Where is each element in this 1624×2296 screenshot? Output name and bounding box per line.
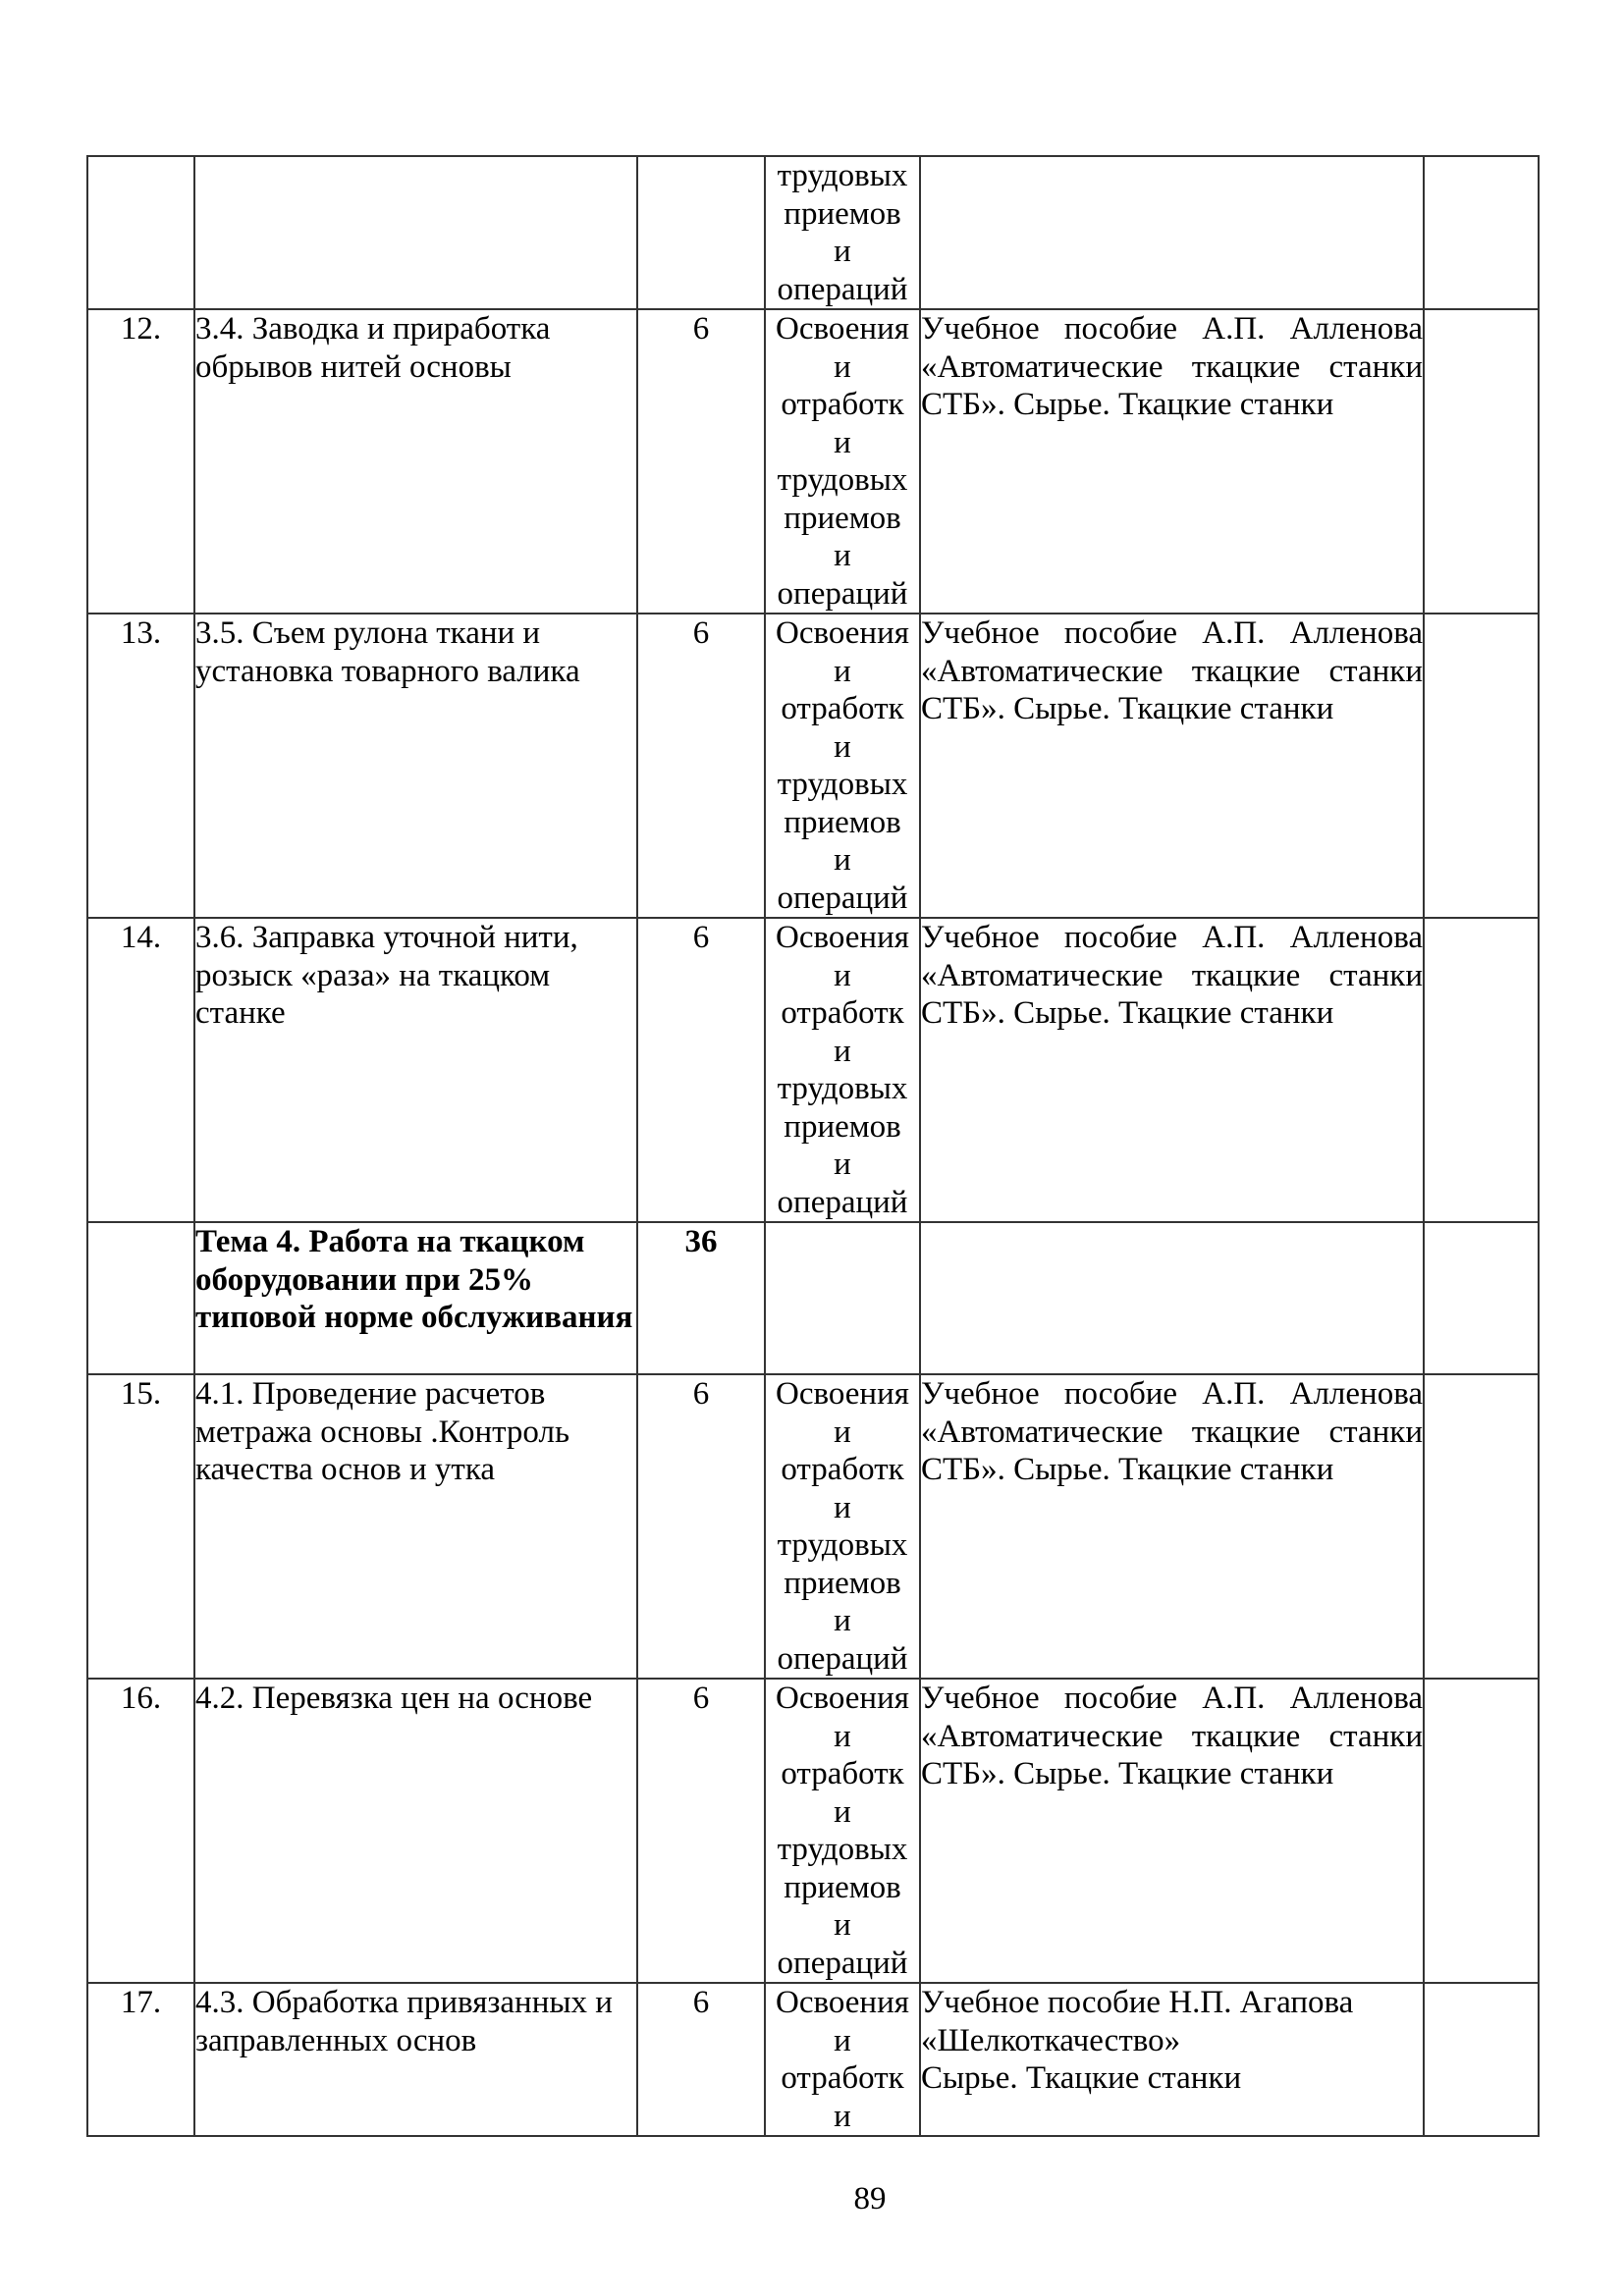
literature-reference: Учебное пособие А.П. Алленова«Автоматиче… <box>920 918 1424 1222</box>
lesson-type-line: отработк <box>766 690 919 728</box>
lesson-type-line: операций <box>766 575 919 614</box>
lesson-type-line: операций <box>766 271 919 309</box>
lesson-type-line: Освоения <box>766 1680 919 1718</box>
lesson-type-line: и <box>766 653 919 691</box>
lesson-type-line: трудовых <box>766 766 919 804</box>
lesson-topic: Тема 4. Работа на ткацком оборудовании п… <box>194 1222 637 1374</box>
lesson-type: Освоенияиотработкитрудовыхприемовиоперац… <box>765 1374 920 1679</box>
lesson-topic: 4.3. Обработка привязанных и заправленны… <box>194 1983 637 2136</box>
lesson-topic: 4.1. Проведение расчетов метража основы … <box>194 1374 637 1679</box>
lesson-topic <box>194 156 637 309</box>
lesson-type-line: Освоения <box>766 614 919 653</box>
literature-line: СТБ». Сырье. Ткацкие станки <box>921 386 1423 424</box>
lesson-type-line: приемов <box>766 804 919 842</box>
literature-line: Учебное пособие А.П. Алленова <box>921 310 1423 348</box>
lesson-type-line: и <box>766 537 919 575</box>
lesson-type: Освоенияиотработкитрудовыхприемовиоперац… <box>765 1679 920 1983</box>
literature-reference: Учебное пособие А.П. Алленова«Автоматиче… <box>920 1374 1424 1679</box>
lesson-type: Освоенияиотработкитрудовыхприемовиоперац… <box>765 614 920 918</box>
lesson-type-line: приемов <box>766 195 919 234</box>
lesson-type-line: приемов <box>766 1108 919 1147</box>
literature-line: Учебное пособие А.П. Алленова <box>921 1375 1423 1414</box>
lesson-type-line: и <box>766 1033 919 1071</box>
literature-line: Учебное пособие Н.П. Агапова <box>921 1984 1423 2022</box>
lesson-type <box>765 1222 920 1374</box>
literature-line: «Автоматические ткацкие станки <box>921 1414 1423 1452</box>
lesson-type-line: и <box>766 2098 919 2136</box>
notes-cell <box>1424 309 1539 614</box>
literature-line: СТБ». Сырье. Ткацкие станки <box>921 1755 1423 1793</box>
literature-line: Учебное пособие А.П. Алленова <box>921 1680 1423 1718</box>
table-row: 12.3.4. Заводка и приработка обрывов нит… <box>87 309 1539 614</box>
lesson-topic: 3.4. Заводка и приработка обрывов нитей … <box>194 309 637 614</box>
hours-count: 36 <box>637 1222 765 1374</box>
lesson-type-line: трудовых <box>766 461 919 500</box>
lesson-topic: 3.5. Съем рулона ткани и установка товар… <box>194 614 637 918</box>
literature-reference: Учебное пособие А.П. Алленова«Автоматиче… <box>920 1679 1424 1983</box>
lesson-type-line: и <box>766 424 919 462</box>
lesson-type-line: отработк <box>766 386 919 424</box>
literature-reference <box>920 1222 1424 1374</box>
hours-count: 6 <box>637 1983 765 2136</box>
literature-line: СТБ». Сырье. Ткацкие станки <box>921 994 1423 1033</box>
row-number: 17. <box>87 1983 194 2136</box>
table-row: 15.4.1. Проведение расчетов метража осно… <box>87 1374 1539 1679</box>
row-number <box>87 156 194 309</box>
literature-line: СТБ». Сырье. Ткацкие станки <box>921 690 1423 728</box>
table-row: 13.3.5. Съем рулона ткани и установка то… <box>87 614 1539 918</box>
lesson-type-line: Освоения <box>766 310 919 348</box>
row-number: 13. <box>87 614 194 918</box>
lesson-type-line: трудовых <box>766 1070 919 1108</box>
hours-count: 6 <box>637 309 765 614</box>
lesson-type-line: операций <box>766 880 919 918</box>
lesson-type-line: трудовых <box>766 157 919 195</box>
lesson-topic: 3.6. Заправка уточной нити, розыск «раза… <box>194 918 637 1222</box>
lesson-type-line: отработк <box>766 994 919 1033</box>
row-number <box>87 1222 194 1374</box>
lesson-type-line: и <box>766 233 919 271</box>
table-row: 17.4.3. Обработка привязанных и заправле… <box>87 1983 1539 2136</box>
lesson-type-line: и <box>766 728 919 767</box>
lesson-type-line: и <box>766 2022 919 2060</box>
topic-header-row: Тема 4. Работа на ткацком оборудовании п… <box>87 1222 1539 1374</box>
notes-cell <box>1424 1983 1539 2136</box>
lesson-type-line: и <box>766 1718 919 1756</box>
lesson-type-line: трудовых <box>766 1526 919 1565</box>
lesson-type-line: и <box>766 348 919 387</box>
literature-line: Сырье. Ткацкие станки <box>921 2059 1423 2098</box>
lesson-type: трудовыхприемовиопераций <box>765 156 920 309</box>
curriculum-table-body: трудовыхприемовиопераций12.3.4. Заводка … <box>87 156 1539 2136</box>
lesson-type-line: операций <box>766 1184 919 1222</box>
notes-cell <box>1424 918 1539 1222</box>
notes-cell <box>1424 1222 1539 1374</box>
row-number: 14. <box>87 918 194 1222</box>
notes-cell <box>1424 156 1539 309</box>
literature-line: «Автоматические ткацкие станки <box>921 957 1423 995</box>
lesson-type-line: и <box>766 957 919 995</box>
lesson-type-line: и <box>766 1602 919 1640</box>
notes-cell <box>1424 1679 1539 1983</box>
literature-reference: Учебное пособие Н.П. Агапова«Шелкоткачес… <box>920 1983 1424 2136</box>
literature-line: «Шелкоткачество» <box>921 2022 1423 2060</box>
row-number: 16. <box>87 1679 194 1983</box>
lesson-topic: 4.2. Перевязка цен на основе <box>194 1679 637 1983</box>
literature-reference: Учебное пособие А.П. Алленова«Автоматиче… <box>920 614 1424 918</box>
literature-line: СТБ». Сырье. Ткацкие станки <box>921 1451 1423 1489</box>
page-number: 89 <box>0 2181 1624 2217</box>
literature-line: Учебное пособие А.П. Алленова <box>921 614 1423 653</box>
lesson-type-line: приемов <box>766 1869 919 1907</box>
curriculum-table: трудовыхприемовиопераций12.3.4. Заводка … <box>86 155 1540 2137</box>
lesson-type-line: отработк <box>766 2059 919 2098</box>
lesson-type-line: и <box>766 1489 919 1527</box>
hours-count: 6 <box>637 918 765 1222</box>
lesson-type: Освоенияиотработки <box>765 1983 920 2136</box>
lesson-type-line: Освоения <box>766 1375 919 1414</box>
literature-reference <box>920 156 1424 309</box>
notes-cell <box>1424 614 1539 918</box>
table-row: 16.4.2. Перевязка цен на основе6Освоения… <box>87 1679 1539 1983</box>
lesson-type-line: приемов <box>766 500 919 538</box>
row-number: 12. <box>87 309 194 614</box>
lesson-type-line: Освоения <box>766 919 919 957</box>
lesson-type-line: и <box>766 1414 919 1452</box>
lesson-type-line: приемов <box>766 1565 919 1603</box>
hours-count: 6 <box>637 614 765 918</box>
literature-line: «Автоматические ткацкие станки <box>921 348 1423 387</box>
lesson-type-line: отработк <box>766 1451 919 1489</box>
lesson-type-line: и <box>766 841 919 880</box>
lesson-type-line: операций <box>766 1945 919 1983</box>
table-row: 14.3.6. Заправка уточной нити, розыск «р… <box>87 918 1539 1222</box>
table-row: трудовыхприемовиопераций <box>87 156 1539 309</box>
literature-line: Учебное пособие А.П. Алленова <box>921 919 1423 957</box>
row-number: 15. <box>87 1374 194 1679</box>
lesson-type-line: трудовых <box>766 1831 919 1869</box>
literature-line: «Автоматические ткацкие станки <box>921 1718 1423 1756</box>
notes-cell <box>1424 1374 1539 1679</box>
hours-count <box>637 156 765 309</box>
lesson-type-line: Освоения <box>766 1984 919 2022</box>
lesson-type-line: и <box>766 1146 919 1184</box>
lesson-type: Освоенияиотработкитрудовыхприемовиоперац… <box>765 309 920 614</box>
lesson-type: Освоенияиотработкитрудовыхприемовиоперац… <box>765 918 920 1222</box>
literature-line: «Автоматические ткацкие станки <box>921 653 1423 691</box>
hours-count: 6 <box>637 1679 765 1983</box>
hours-count: 6 <box>637 1374 765 1679</box>
lesson-type-line: операций <box>766 1640 919 1679</box>
lesson-type-line: отработк <box>766 1755 919 1793</box>
lesson-type-line: и <box>766 1793 919 1832</box>
literature-reference: Учебное пособие А.П. Алленова«Автоматиче… <box>920 309 1424 614</box>
lesson-type-line: и <box>766 1906 919 1945</box>
